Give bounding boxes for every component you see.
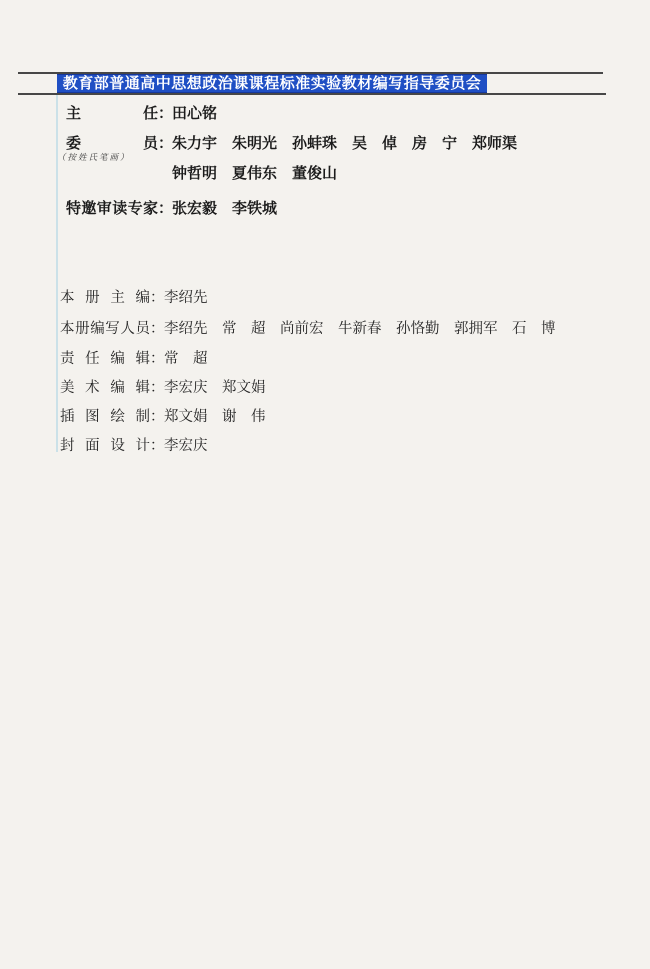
row-cover-design: 封面设计：李宏庆 bbox=[60, 436, 208, 456]
label-colon: ： bbox=[150, 407, 164, 427]
row-label: 特邀审读专家 bbox=[66, 199, 158, 219]
header-bottom-rule bbox=[18, 93, 606, 95]
row-illustrations: 插图绘制：郑文娟 谢 伟 bbox=[60, 407, 266, 427]
row-value: 常 超 bbox=[164, 349, 208, 369]
label-colon: ： bbox=[150, 436, 164, 456]
row-label: 封面设计 bbox=[60, 436, 150, 456]
row-value: 田心铭 bbox=[172, 104, 217, 124]
committee-title-bar: 教育部普通高中思想政治课课程标准实验教材编写指导委员会 bbox=[57, 74, 487, 93]
row-special-reviewers: 特邀审读专家：张宏毅 李铁城 bbox=[66, 199, 277, 219]
row-value: 李宏庆 郑文娟 bbox=[164, 378, 266, 398]
label-colon: ： bbox=[158, 199, 172, 219]
label-colon: ： bbox=[150, 319, 164, 339]
scanned-credits-page: 教育部普通高中思想政治课课程标准实验教材编写指导委员会 主任：田心铭 委员：朱力… bbox=[0, 0, 650, 969]
page-title: 教育部普通高中思想政治课课程标准实验教材编写指导委员会 bbox=[63, 75, 482, 92]
label-colon: ： bbox=[150, 349, 164, 369]
row-label: 主任 bbox=[66, 104, 158, 124]
label-colon: ： bbox=[150, 288, 164, 308]
row-value: 李绍先 常 超 尚前宏 牛新春 孙恪勤 郭拥军 石 博 bbox=[164, 319, 556, 339]
row-director: 主任：田心铭 bbox=[66, 104, 217, 124]
row-value: 郑文娟 谢 伟 bbox=[164, 407, 266, 427]
row-label: 本册主编 bbox=[60, 288, 150, 308]
row-label: 本册编写人员 bbox=[60, 319, 150, 339]
label-colon: ： bbox=[150, 378, 164, 398]
row-label: 美术编辑 bbox=[60, 378, 150, 398]
row-members: 委员：朱力宇 朱明光 孙蚌珠 吴 倬 房 宁 郑师渠 bbox=[66, 134, 517, 154]
label-colon: ： bbox=[158, 104, 172, 124]
row-value: 张宏毅 李铁城 bbox=[172, 199, 277, 219]
row-art-editor: 美术编辑：李宏庆 郑文娟 bbox=[60, 378, 266, 398]
left-vertical-line bbox=[56, 95, 58, 452]
members-line-2: 钟哲明 夏伟东 董俊山 bbox=[172, 164, 337, 184]
row-value: 朱力宇 朱明光 孙蚌珠 吴 倬 房 宁 郑师渠 bbox=[172, 134, 517, 154]
row-responsible-editor: 责任编辑：常 超 bbox=[60, 349, 208, 369]
row-volume-writers: 本册编写人员：李绍先 常 超 尚前宏 牛新春 孙恪勤 郭拥军 石 博 bbox=[60, 319, 556, 339]
surname-stroke-order-note: （按姓氏笔画） bbox=[57, 151, 131, 163]
row-volume-chief-editor: 本册主编：李绍先 bbox=[60, 288, 208, 308]
label-colon: ： bbox=[158, 134, 172, 154]
row-label: 插图绘制 bbox=[60, 407, 150, 427]
row-label: 责任编辑 bbox=[60, 349, 150, 369]
row-value: 李绍先 bbox=[164, 288, 208, 308]
row-value: 李宏庆 bbox=[164, 436, 208, 456]
